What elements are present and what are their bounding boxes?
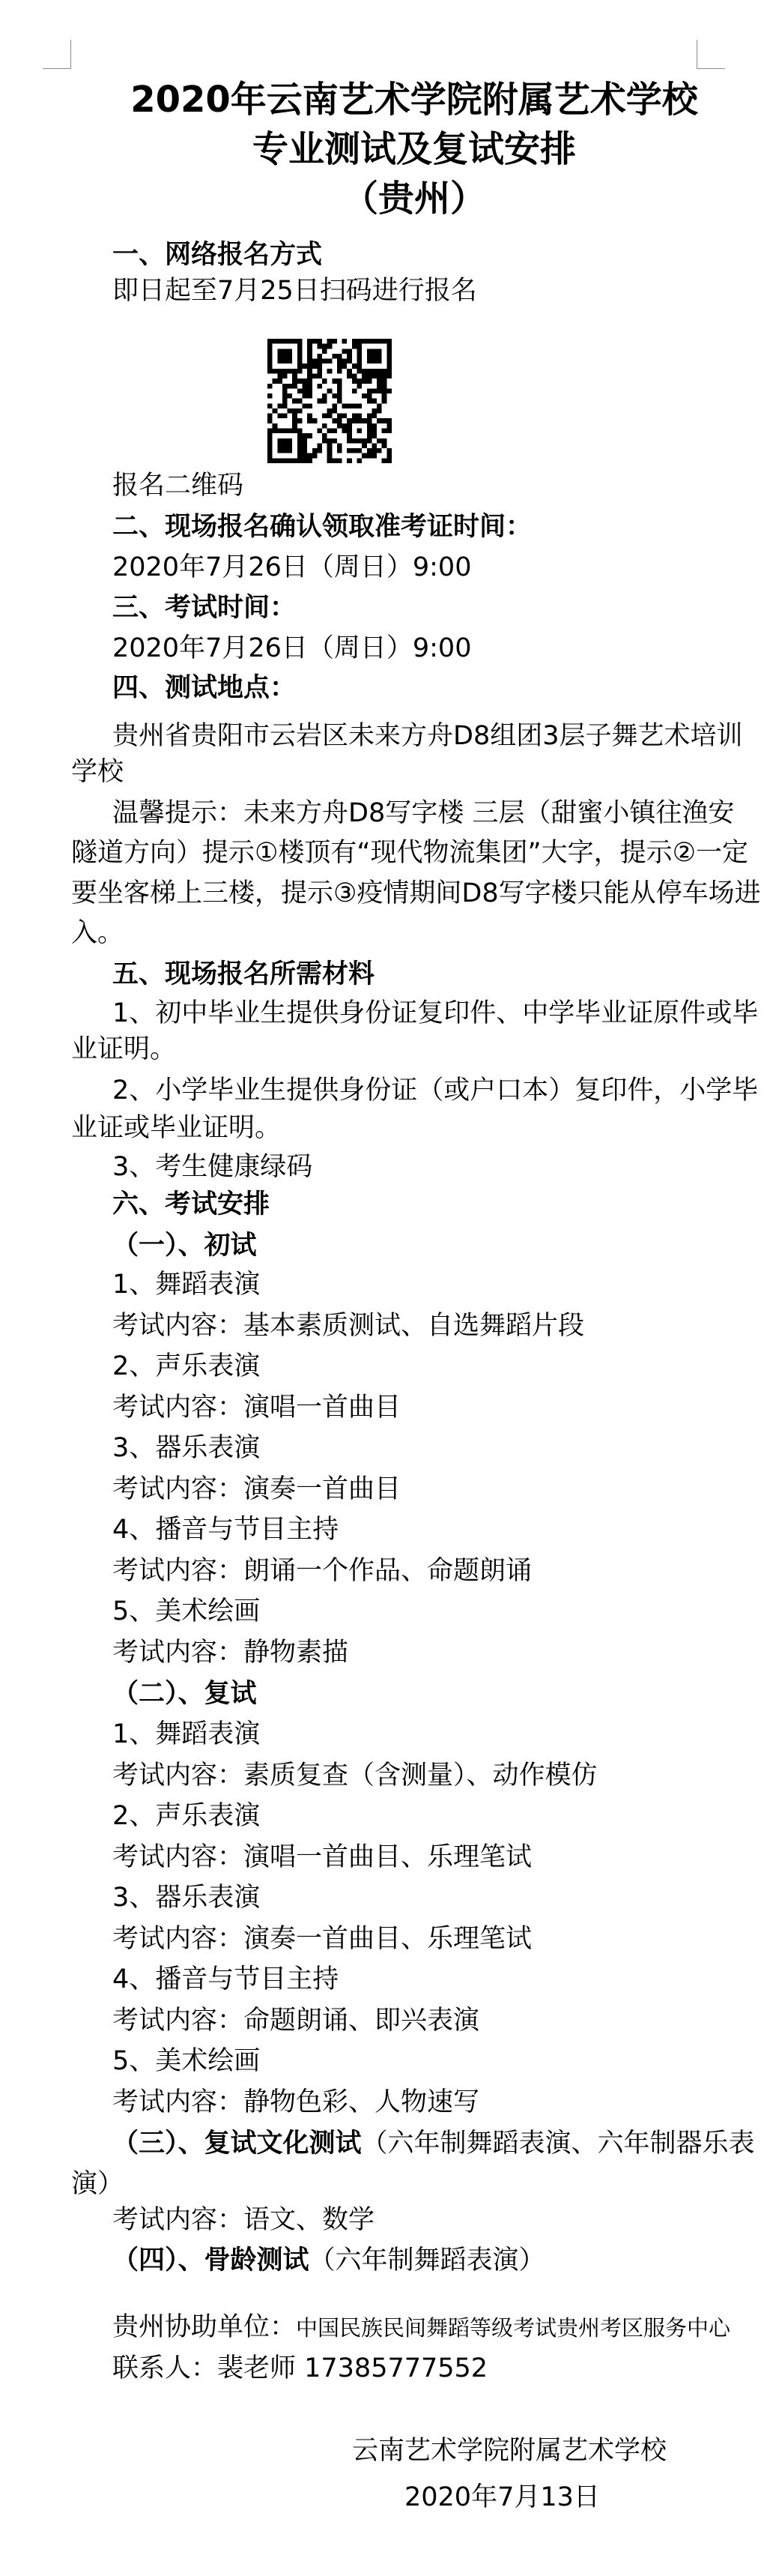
tip-line-4: 入。	[71, 915, 124, 951]
contact-line: 联系人：裴老师 17385777552	[112, 2350, 488, 2386]
section-2-heading: 二、现场报名确认领取准考证时间：	[112, 509, 532, 545]
round-4-heading: （四）、骨龄测试（六年制舞蹈表演）	[112, 2242, 545, 2278]
section-5-item-3: 3、考生健康绿码	[112, 1149, 312, 1185]
section-3-heading: 三、考试时间：	[112, 590, 296, 626]
assist-unit-label: 贵州协助单位：	[112, 2312, 296, 2342]
round-2-item-1-content: 考试内容：素质复查（含测量）、动作模仿	[112, 1758, 598, 1794]
assist-unit-line: 贵州协助单位：中国民族民间舞蹈等级考试贵州考区服务中心	[112, 2309, 730, 2345]
section-6-heading: 六、考试安排	[112, 1186, 270, 1222]
crop-mark-top-left	[43, 40, 71, 69]
section-5-heading: 五、现场报名所需材料	[112, 956, 375, 992]
section-3-body: 2020年7月26日（周日）9:00	[112, 630, 471, 666]
round-4-heading-bold: （四）、骨龄测试	[112, 2245, 309, 2275]
round-1-item-2-name: 2、声乐表演	[112, 1348, 260, 1384]
signature-school: 云南艺术学院附属艺术学校	[352, 2433, 667, 2469]
round-1-item-4-content: 考试内容：朗诵一个作品、命题朗诵	[112, 1553, 532, 1589]
tip-line-1: 温馨提示：未来方舟D8写字楼 三层（甜蜜小镇往渔安	[112, 795, 734, 831]
round-2-item-2-name: 2、声乐表演	[112, 1798, 260, 1834]
signature-date: 2020年7月13日	[404, 2479, 600, 2515]
round-3-content: 考试内容：语文、数学	[112, 2202, 375, 2238]
round-2-item-3-name: 3、器乐表演	[112, 1880, 260, 1916]
round-1-item-1-content: 考试内容：基本素质测试、自选舞蹈片段	[112, 1308, 584, 1344]
tip-line-2: 隧道方向）提示①楼顶有“现代物流集团”大字，提示②一定	[71, 835, 748, 871]
round-2-heading: （二）、复试	[112, 1676, 257, 1712]
section-5-item-1-line-2: 业证明。	[71, 1031, 176, 1067]
round-3-heading-note: （六年制舞蹈表演、六年制器乐表	[362, 2129, 755, 2159]
section-5-item-2-line-1: 2、小学毕业生提供身份证（或户口本）复印件，小学毕	[112, 1073, 758, 1108]
round-1-item-5-content: 考试内容：静物素描	[112, 1635, 348, 1671]
round-1-item-5-name: 5、美术绘画	[112, 1593, 260, 1629]
section-5-item-1-line-1: 1、初中毕业生提供身份证复印件、中学毕业证原件或毕	[112, 995, 758, 1031]
round-1-item-3-content: 考试内容：演奏一首曲目	[112, 1471, 401, 1507]
tip-line-3: 要坐客梯上三楼，提示③疫情期间D8写字楼只能从停车场进	[71, 875, 761, 911]
round-1-item-3-name: 3、器乐表演	[112, 1430, 260, 1466]
round-2-item-3-content: 考试内容：演奏一首曲目、乐理笔试	[112, 1921, 532, 1957]
round-2-item-4-content: 考试内容：命题朗诵、即兴表演	[112, 2003, 479, 2039]
crop-mark-top-right	[697, 40, 725, 69]
section-5-item-2-line-2: 业证或毕业证明。	[71, 1110, 281, 1146]
round-3-heading-bold: （三）、复试文化测试	[112, 2129, 362, 2159]
doc-title-line-3: （贵州）	[70, 176, 758, 221]
round-4-heading-note: （六年制舞蹈表演）	[309, 2245, 545, 2275]
section-4-heading: 四、测试地点：	[112, 670, 296, 706]
round-3-heading-note-wrap: 演）	[71, 2166, 124, 2202]
section-2-body: 2020年7月26日（周日）9:00	[112, 549, 471, 585]
round-2-item-1-name: 1、舞蹈表演	[112, 1716, 260, 1752]
round-2-item-4-name: 4、播音与节目主持	[112, 1961, 339, 1997]
round-2-item-5-name: 5、美术绘画	[112, 2043, 260, 2079]
document-page: { "title": { "line1": "2020年云南艺术学院附属艺术学校…	[0, 0, 767, 2576]
qr-caption: 报名二维码	[112, 468, 243, 504]
section-1-body: 即日起至7月25日扫码进行报名	[112, 273, 477, 309]
doc-title-line-1: 2020年云南艺术学院附属艺术学校	[70, 77, 758, 122]
doc-title-line-2: 专业测试及复试安排	[70, 127, 758, 172]
assist-unit-value: 中国民族民间舞蹈等级考试贵州考区服务中心	[296, 2315, 730, 2341]
round-1-heading: （一）、初试	[112, 1228, 257, 1264]
round-1-item-4-name: 4、播音与节目主持	[112, 1512, 339, 1548]
section-4-address-line-2: 学校	[71, 754, 124, 790]
round-3-heading: （三）、复试文化测试（六年制舞蹈表演、六年制器乐表	[112, 2126, 755, 2162]
round-1-item-2-content: 考试内容：演唱一首曲目	[112, 1390, 401, 1426]
round-2-item-2-content: 考试内容：演唱一首曲目、乐理笔试	[112, 1839, 532, 1875]
round-2-item-5-content: 考试内容：静物色彩、人物速写	[112, 2084, 479, 2120]
section-1-heading: 一、网络报名方式	[112, 237, 322, 273]
qr-code-image	[267, 339, 392, 463]
section-4-address-line-1: 贵州省贵阳市云岩区未来方舟D8组团3层子舞艺术培训	[112, 718, 743, 754]
round-1-item-1-name: 1、舞蹈表演	[112, 1267, 260, 1303]
